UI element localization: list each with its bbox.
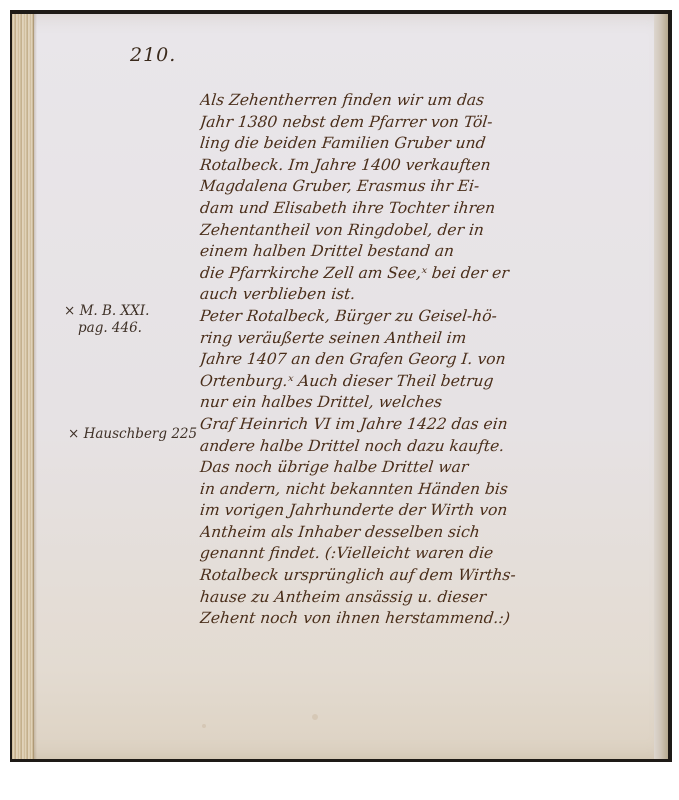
margin-note-line: pag. 446. (64, 320, 149, 337)
page-edge-left (12, 14, 34, 759)
text-line: Ortenburg.ˣ Auch dieser Theil betrug (199, 371, 641, 393)
margin-note-line: × Hauschberg 225 (68, 426, 197, 442)
text-line: hause zu Antheim ansässig u. dieser (199, 587, 641, 609)
text-line: Antheim als Inhaber desselben sich (199, 522, 641, 544)
handwritten-body-text: Als Zehentherren finden wir um das Jahr … (200, 90, 640, 630)
text-line: Rotalbeck ursprünglich auf dem Wirths- (199, 565, 641, 587)
paper-stain (202, 724, 206, 728)
text-line: einem halben Drittel bestand an (199, 241, 641, 263)
text-line: Zehentantheil von Ringdobel, der in (199, 220, 641, 242)
text-line: genannt findet. (:Vielleicht waren die (199, 543, 641, 565)
page-number: 210. (130, 44, 176, 66)
text-line: nur ein halbes Drittel, welches (199, 392, 641, 414)
text-line: auch verblieben ist. (199, 284, 641, 306)
margin-note-reference: × M. B. XXI. pag. 446. (64, 303, 149, 337)
manuscript-page: 210. × M. B. XXI. pag. 446. × Hauschberg… (12, 14, 668, 759)
page-edge-right (654, 14, 668, 759)
margin-note-reference: × Hauschberg 225 (68, 426, 197, 443)
text-line: Graf Heinrich VI im Jahre 1422 das ein (199, 414, 641, 436)
paper-stain (312, 714, 318, 720)
text-line: andere halbe Drittel noch dazu kaufte. (199, 436, 641, 458)
text-line: ling die beiden Familien Gruber und (199, 133, 641, 155)
text-line: Jahre 1407 an den Grafen Georg I. von (199, 349, 641, 371)
margin-note-line: × M. B. XXI. (64, 303, 149, 319)
text-line: in andern, nicht bekannten Händen bis (199, 479, 641, 501)
text-line: Jahr 1380 nebst dem Pfarrer von Töl- (199, 112, 641, 134)
text-line: dam und Elisabeth ihre Tochter ihren (199, 198, 641, 220)
text-line: Zehent noch von ihnen herstammend.:) (199, 608, 641, 630)
text-line: die Pfarrkirche Zell am See,ˣ bei der er (199, 263, 641, 285)
text-line: im vorigen Jahrhunderte der Wirth von (199, 500, 641, 522)
text-line: Das noch übrige halbe Drittel war (199, 457, 641, 479)
text-line: Als Zehentherren finden wir um das (199, 90, 641, 112)
text-line: Magdalena Gruber, Erasmus ihr Ei- (199, 176, 641, 198)
text-line: ring veräußerte seinen Antheil im (199, 328, 641, 350)
text-line: Peter Rotalbeck, Bürger zu Geisel-hö- (199, 306, 641, 328)
text-line: Rotalbeck. Im Jahre 1400 verkauften (199, 155, 641, 177)
